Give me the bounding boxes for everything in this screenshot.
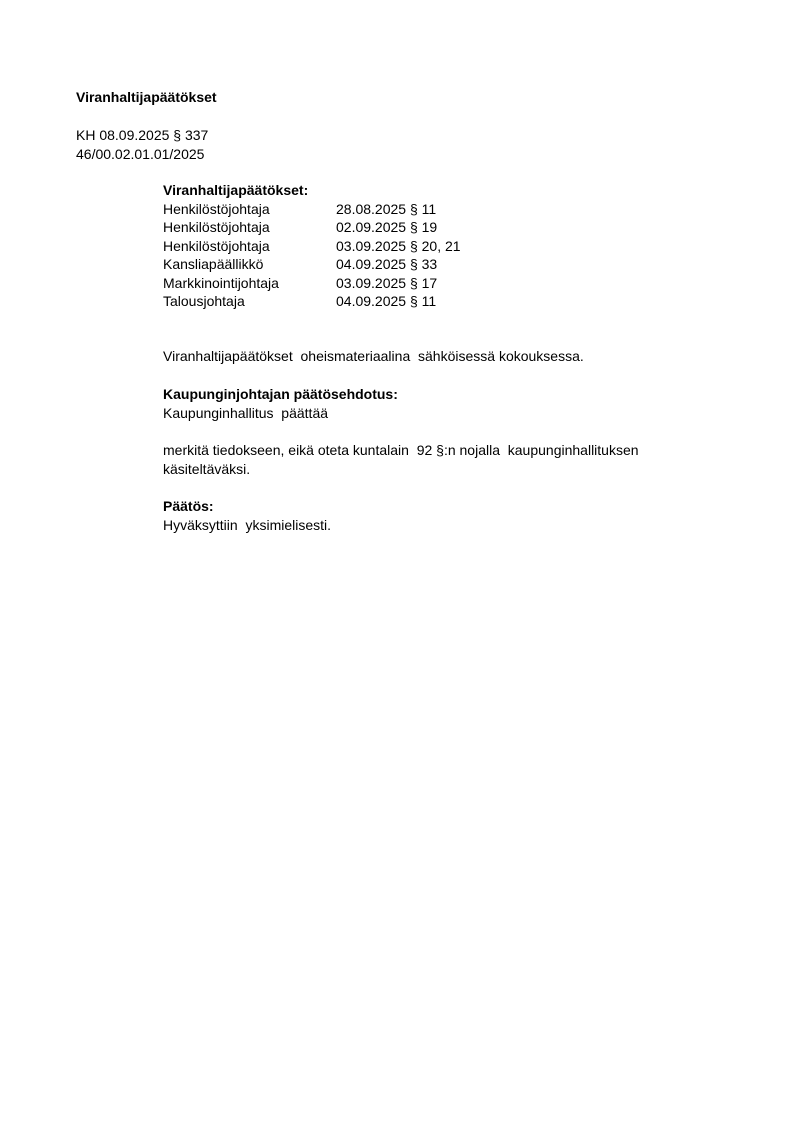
decision-row: Talousjohtaja 04.09.2025 § 11 (163, 292, 583, 311)
meeting-reference: KH 08.09.2025 § 337 (76, 126, 208, 145)
decision-reference: 04.09.2025 § 33 (336, 255, 437, 274)
decision-heading: Päätös: (163, 497, 214, 516)
decision-row: Henkilöstöjohtaja 03.09.2025 § 20, 21 (163, 237, 583, 256)
decision-reference: 04.09.2025 § 11 (336, 292, 436, 311)
decision-row: Henkilöstöjohtaja 28.08.2025 § 11 (163, 200, 583, 219)
decision-reference: 28.08.2025 § 11 (336, 200, 436, 219)
decision-row: Kansliapäällikkö 04.09.2025 § 33 (163, 255, 583, 274)
decision-text: Hyväksyttiin yksimielisesti. (163, 516, 331, 535)
proposal-heading: Kaupunginjohtajan päätösehdotus: (163, 385, 398, 404)
decision-row: Markkinointijohtaja 03.09.2025 § 17 (163, 274, 583, 293)
decision-role: Henkilöstöjohtaja (163, 200, 270, 219)
proposal-intro: Kaupunginhallitus päättää (163, 404, 328, 423)
decision-role: Kansliapäällikkö (163, 255, 263, 274)
decision-role: Talousjohtaja (163, 292, 245, 311)
decision-role: Markkinointijohtaja (163, 274, 279, 293)
case-number: 46/00.02.01.01/2025 (76, 145, 204, 164)
proposal-text-line-1: merkitä tiedokseen, eikä oteta kuntalain… (163, 441, 639, 460)
decision-role: Henkilöstöjohtaja (163, 218, 270, 237)
attachment-note: Viranhaltijapäätökset oheismateriaalina … (163, 347, 584, 366)
decision-reference: 03.09.2025 § 17 (336, 274, 437, 293)
decision-role: Henkilöstöjohtaja (163, 237, 270, 256)
decisions-heading: Viranhaltijapäätökset: (163, 181, 308, 200)
proposal-text-line-2: käsiteltäväksi. (163, 460, 250, 479)
decision-reference: 02.09.2025 § 19 (336, 218, 437, 237)
document-title: Viranhaltijapäätökset (76, 88, 217, 107)
decision-reference: 03.09.2025 § 20, 21 (336, 237, 461, 256)
decision-row: Henkilöstöjohtaja 02.09.2025 § 19 (163, 218, 583, 237)
